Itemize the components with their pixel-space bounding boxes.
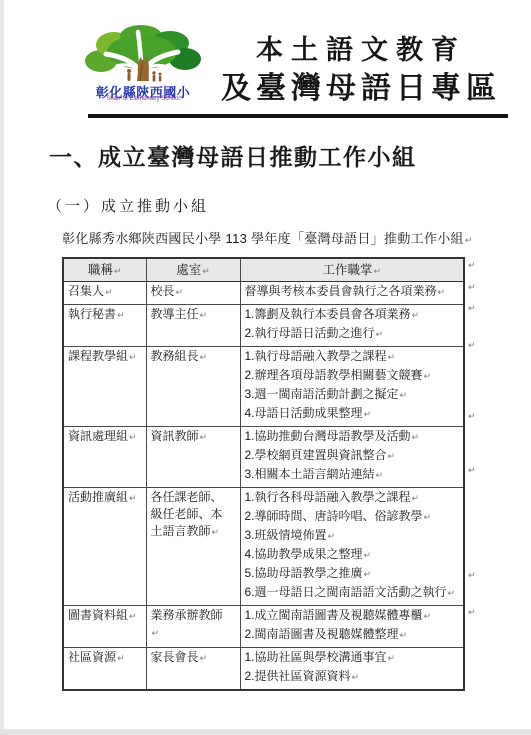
line-break-mark bbox=[468, 304, 476, 314]
duty-line: 1.協助推動台灣母語教學及活動 bbox=[245, 428, 460, 447]
line-break-mark bbox=[468, 261, 476, 271]
cell-office: 教務組長 bbox=[146, 347, 240, 427]
page-title-line1: 本土語文教育 bbox=[202, 32, 520, 69]
sub-heading: （一）成立推動小組 bbox=[47, 195, 209, 216]
duty-line: 督導與考核本委員會執行之各項業務 bbox=[245, 283, 460, 302]
cell-duties: 1.協助推動台灣母語教學及活動 2.學校網頁建置與資訊整合 3.相關本土語言網站… bbox=[240, 427, 464, 488]
duty-line: 4.協助教學成果之整理 bbox=[245, 546, 460, 565]
table-row-executive-secretary: 執行秘書 教導主任 1.籌劃及執行本委員會各項業務 2.執行母語日活動之進行 bbox=[63, 305, 464, 347]
cell-duties: 督導與考核本委員會執行之各項業務 bbox=[240, 282, 464, 305]
table-row-information-processing: 資訊處理組 資訊教師 1.協助推動台灣母語教學及活動 2.學校網頁建置與資訊整合… bbox=[63, 427, 464, 488]
cell-duties: 1.執行母語融入教學之課程 2.辦理各項母語教學相關藝文競賽 3.週一閩南語活動… bbox=[240, 347, 464, 427]
cell-title-text: 召集人 bbox=[68, 284, 113, 298]
cell-title-text: 活動推廣組 bbox=[68, 490, 137, 504]
cell-title: 活動推廣組 bbox=[63, 488, 146, 606]
cell-title-text: 圖書資料組 bbox=[68, 608, 137, 622]
page-title: 本土語文教育 及臺灣母語日專區 bbox=[202, 32, 520, 109]
cell-office: 教導主任 bbox=[146, 305, 240, 347]
cell-title: 執行秘書 bbox=[63, 305, 146, 347]
cell-office-text: 校長 bbox=[151, 283, 229, 302]
cell-title: 課程教學組 bbox=[63, 347, 146, 427]
cell-duties: 1.協助社區與學校溝通事宜 2.提供社區資源資料 bbox=[240, 648, 464, 691]
cell-title: 資訊處理組 bbox=[63, 427, 146, 488]
cell-office-text: 教導主任 bbox=[151, 306, 229, 325]
duty-line: 1.籌劃及執行本委員會各項業務 bbox=[245, 306, 460, 325]
line-break-mark bbox=[468, 341, 476, 351]
committee-table: 職稱 處室 工作職掌 召集人 校長 督導與考核本委員會執行之各項業務 執行秘書 … bbox=[62, 257, 465, 691]
section-heading: 一、成立臺灣母語日推動工作小組 bbox=[49, 139, 417, 172]
table-row-library-materials: 圖書資料組 業務承辦教師 1.成立閩南語圖書及視聽媒體專櫃 2.閩南語圖書及視聽… bbox=[63, 606, 464, 648]
cell-office-text: 資訊教師 bbox=[151, 428, 229, 447]
col-header-title-label: 職稱 bbox=[88, 263, 122, 277]
col-header-duties: 工作職掌 bbox=[240, 258, 464, 282]
cell-duties: 1.執行各科母語融入教學之課程 2.導師時間、唐詩吟唱、俗諺教學 3.班級情境佈… bbox=[240, 488, 464, 606]
duty-line: 2.提供社區資源資料 bbox=[245, 668, 460, 687]
table-row-convener: 召集人 校長 督導與考核本委員會執行之各項業務 bbox=[63, 282, 464, 305]
cell-title: 圖書資料組 bbox=[63, 606, 146, 648]
cell-office: 校長 bbox=[146, 282, 240, 305]
col-header-duties-label: 工作職掌 bbox=[322, 263, 381, 277]
line-break-mark bbox=[468, 608, 476, 618]
col-header-title: 職稱 bbox=[63, 258, 146, 282]
duty-line: 2.閩南語圖書及視聽媒體整理 bbox=[245, 626, 460, 645]
table-caption: 彰化縣秀水鄉陝西國民小學 113 學年度「臺灣母語日」推動工作小組 bbox=[62, 228, 473, 247]
table-header-row: 職稱 處室 工作職掌 bbox=[63, 258, 464, 282]
cell-title-text: 課程教學組 bbox=[68, 349, 137, 363]
school-logo bbox=[84, 24, 202, 82]
line-break-mark bbox=[468, 466, 476, 476]
table-row-curriculum-teaching: 課程教學組 教務組長 1.執行母語融入教學之課程 2.辦理各項母語教學相關藝文競… bbox=[63, 347, 464, 427]
cell-office: 各任課老師、級任老師、本土語言教師 bbox=[146, 488, 240, 606]
col-header-office: 處室 bbox=[146, 258, 240, 282]
duty-line: 2.辦理各項母語教學相關藝文競賽 bbox=[245, 367, 460, 386]
header-divider-rule bbox=[88, 114, 508, 118]
page-title-line2: 及臺灣母語日專區 bbox=[202, 69, 520, 109]
school-logo-tree-icon bbox=[84, 24, 202, 82]
school-name-english: Shan-Si Elementary School bbox=[84, 96, 202, 102]
duty-line: 1.協助社區與學校溝通事宜 bbox=[245, 649, 460, 668]
table-row-activity-promotion: 活動推廣組 各任課老師、級任老師、本土語言教師 1.執行各科母語融入教學之課程 … bbox=[63, 488, 464, 606]
cell-title: 社區資源 bbox=[63, 648, 146, 691]
duty-line: 2.導師時間、唐詩吟唱、俗諺教學 bbox=[245, 508, 460, 527]
cell-office-text: 教務組長 bbox=[151, 348, 229, 367]
cell-duties: 1.成立閩南語圖書及視聽媒體專櫃 2.閩南語圖書及視聽媒體整理 bbox=[240, 606, 464, 648]
duty-line: 3.週一閩南語活動計劃之擬定 bbox=[245, 386, 460, 405]
duty-line: 2.學校網頁建置與資訊整合 bbox=[245, 447, 460, 466]
cell-title-text: 資訊處理組 bbox=[68, 429, 137, 443]
cell-office-text: 業務承辦教師 bbox=[151, 607, 229, 643]
cell-office-text: 家長會長 bbox=[151, 649, 229, 668]
duty-line: 1.成立閩南語圖書及視聽媒體專櫃 bbox=[245, 607, 460, 626]
duty-line: 6.週一母語日之閩南語語文活動之執行 bbox=[245, 584, 460, 603]
page-left-edge bbox=[0, 0, 4, 735]
cell-duties: 1.籌劃及執行本委員會各項業務 2.執行母語日活動之進行 bbox=[240, 305, 464, 347]
duty-line: 5.協助母語教學之推廣 bbox=[245, 565, 460, 584]
cell-office: 資訊教師 bbox=[146, 427, 240, 488]
cell-title-text: 執行秘書 bbox=[68, 307, 125, 321]
cell-title-text: 社區資源 bbox=[68, 650, 125, 664]
cell-office: 家長會長 bbox=[146, 648, 240, 691]
duty-line: 4.母語日活動成果整理 bbox=[245, 405, 460, 424]
line-break-mark bbox=[468, 412, 476, 422]
cell-office-text: 各任課老師、級任老師、本土語言教師 bbox=[151, 489, 229, 542]
duty-line: 3.班級情境佈置 bbox=[245, 527, 460, 546]
cell-title: 召集人 bbox=[63, 282, 146, 305]
duty-line: 1.執行母語融入教學之課程 bbox=[245, 348, 460, 367]
duty-line: 1.執行各科母語融入教學之課程 bbox=[245, 489, 460, 508]
line-break-mark bbox=[468, 283, 476, 293]
table-row-community-resources: 社區資源 家長會長 1.協助社區與學校溝通事宜 2.提供社區資源資料 bbox=[63, 648, 464, 691]
duty-line: 3.相關本土語言網站連結 bbox=[245, 466, 460, 485]
cell-office: 業務承辦教師 bbox=[146, 606, 240, 648]
page-bottom-edge bbox=[0, 729, 531, 735]
table-caption-text: 彰化縣秀水鄉陝西國民小學 113 學年度「臺灣母語日」推動工作小組 bbox=[62, 231, 473, 246]
duty-line: 2.執行母語日活動之進行 bbox=[245, 325, 460, 344]
line-break-mark bbox=[468, 571, 476, 581]
col-header-office-label: 處室 bbox=[176, 263, 210, 277]
